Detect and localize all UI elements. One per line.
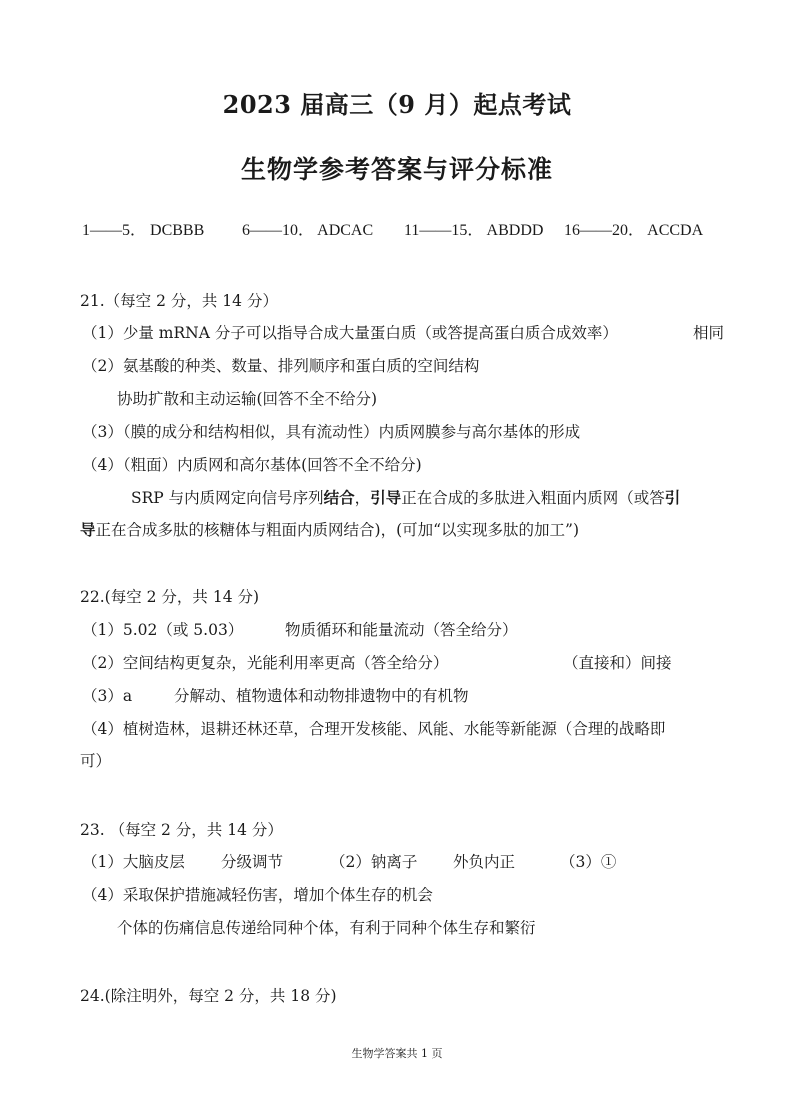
- text: SRP 与内质网定向信号序列: [131, 489, 324, 507]
- q21-part1-answer: （1）少量 mRNA 分子可以指导合成大量蛋白质（或答提高蛋白质合成效率）: [82, 323, 618, 343]
- text: 正在合成的多肽进入粗面内质网（或答: [401, 489, 665, 507]
- q24-header: 24.(除注明外，每空 2 分，共 18 分): [80, 986, 337, 1006]
- bold-keyword: 导: [80, 520, 96, 539]
- q23-part4-answer-2: 个体的伤痛信息传递给同种个体，有利于同种个体生存和繁衍: [117, 918, 536, 938]
- mc-range: 11——15．: [404, 222, 483, 239]
- mc-range: 6——10．: [242, 222, 314, 239]
- text: 正在合成多肽的核糖体与粗面内质网结合)，(可加“以实现多肽的加工”): [96, 521, 580, 539]
- mc-range: 1——5．: [82, 222, 146, 239]
- mc-answers: ABDDD: [487, 222, 544, 239]
- multiple-choice-answers: 1——5． DCBBB6——10． ADCAC11——15． ABDDD16——…: [82, 221, 703, 241]
- mc-group-2: 6——10． ADCAC: [242, 221, 404, 241]
- mc-group-1: 1——5． DCBBB: [82, 221, 242, 241]
- q22-part4-answer: （4）植树造林，退耕还林还草，合理开发核能、风能、水能等新能源（合理的战略即: [82, 719, 665, 739]
- q21-part3-answer: （3）（膜的成分和结构相似，具有流动性）内质网膜参与高尔基体的形成: [82, 422, 580, 442]
- mc-range: 16——20．: [564, 222, 644, 239]
- q21-part2-answer-2: 协助扩散和主动运输(回答不全不给分): [117, 389, 377, 409]
- q23-part3-answer: （3）①: [560, 852, 616, 872]
- bold-keyword: 引导: [370, 488, 401, 507]
- q22-part3-answer: （3）a: [82, 686, 132, 706]
- mc-group-3: 11——15． ABDDD: [404, 221, 564, 241]
- q23-part4-answer: （4）采取保护措施减轻伤害，增加个体生存的机会: [82, 885, 433, 905]
- page-footer: 生物学答案共 1 页: [0, 1045, 794, 1061]
- q22-part1-answer-2: 物质循环和能量流动（答全给分）: [285, 620, 518, 640]
- mc-group-4: 16——20． ACCDA: [564, 221, 703, 241]
- mc-answers: DCBBB: [150, 222, 204, 239]
- q23-part1-answer: （1）大脑皮层: [82, 852, 185, 872]
- document-title: 2023 届高三（9 月）起点考试: [0, 85, 794, 120]
- q21-part4-answer-2: SRP 与内质网定向信号序列结合，引导正在合成的多肽进入粗面内质网（或答引: [131, 488, 680, 508]
- mc-answers: ACCDA: [647, 222, 703, 239]
- bold-keyword: 引: [665, 488, 681, 507]
- q23-part2-answer-2: 外负内正: [453, 852, 515, 872]
- answer-key-page: 2023 届高三（9 月）起点考试 生物学参考答案与评分标准 1——5． DCB…: [0, 0, 794, 1099]
- q21-part4-answer: （4）（粗面）内质网和高尔基体(回答不全不给分): [82, 455, 422, 475]
- q22-part2-answer: （2）空间结构更复杂，光能利用率更高（答全给分）: [82, 653, 448, 673]
- q22-part3-answer-2: 分解动、植物遗体和动物排遗物中的有机物: [174, 686, 469, 706]
- mc-answers: ADCAC: [317, 222, 373, 239]
- q23-part2-answer: （2）钠离子: [330, 852, 417, 872]
- q21-part1-answer-2: 相同: [693, 323, 724, 343]
- q22-part4-answer-cont: 可）: [80, 751, 111, 771]
- bold-keyword: 结合: [324, 488, 355, 507]
- q21-part4-answer-3: 导正在合成多肽的核糖体与粗面内质网结合)，(可加“以实现多肽的加工”): [80, 520, 579, 540]
- q21-part2-answer: （2）氨基酸的种类、数量、排列顺序和蛋白质的空间结构: [82, 356, 479, 376]
- q22-part1-answer: （1）5.02（或 5.03）: [82, 620, 243, 640]
- text: ，: [355, 489, 371, 507]
- q23-header: 23. （每空 2 分，共 14 分）: [80, 820, 283, 840]
- document-subtitle: 生物学参考答案与评分标准: [0, 150, 794, 186]
- q23-part1-answer-2: 分级调节: [221, 852, 283, 872]
- q21-header: 21.（每空 2 分，共 14 分）: [80, 291, 278, 311]
- q22-part2-answer-2: （直接和）间接: [563, 653, 672, 673]
- q22-header: 22.(每空 2 分，共 14 分): [80, 587, 259, 607]
